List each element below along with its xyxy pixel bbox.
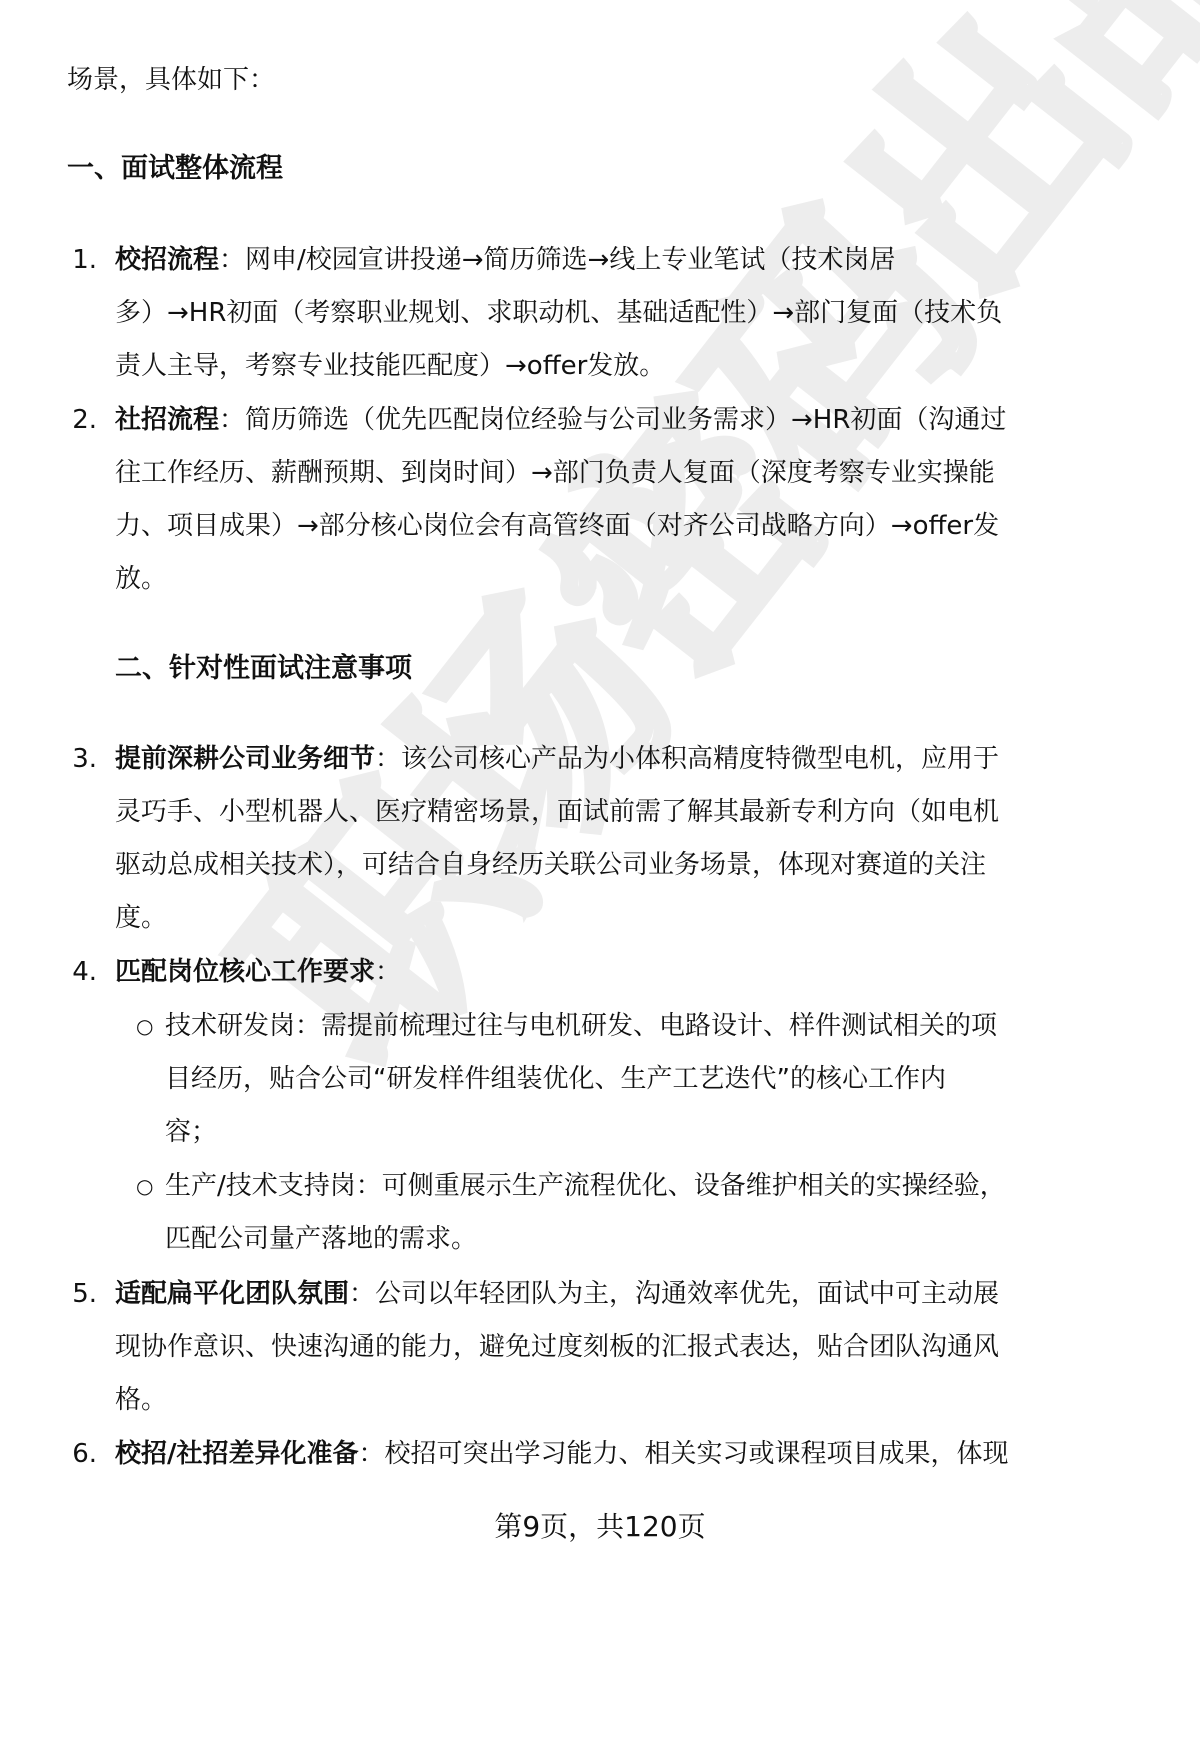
- list-item-line: 责人主导，考察专业技能匹配度）→offer发放。: [115, 349, 665, 383]
- list-number: 1.: [67, 243, 97, 277]
- hollow-circle-bullet-icon: ○: [136, 1169, 153, 1203]
- list-item-label: 校招流程: [115, 245, 219, 275]
- list-item-text: ：: [375, 957, 401, 987]
- list-item-label: 提前深耕公司业务细节: [115, 744, 375, 774]
- watermark: 职场密码出品: [150, 0, 1200, 1122]
- list-number: 4.: [67, 955, 97, 989]
- list-item-text: ：简历筛选（优先匹配岗位经验与公司业务需求）→HR初面（沟通过: [219, 405, 1006, 435]
- document-page: 职场密码出品 场景，具体如下： 一、面试整体流程 1. 校招流程：网申/校园宣讲…: [0, 0, 1200, 1755]
- list-item-text: ：公司以年轻团队为主，沟通效率优先，面试中可主动展: [349, 1279, 999, 1309]
- list-number: 3.: [67, 742, 97, 776]
- list-item-line: 度。: [115, 901, 167, 935]
- list-item-text: ：网申/校园宣讲投递→简历筛选→线上专业笔试（技术岗居: [219, 245, 895, 275]
- list-item-line: 格。: [115, 1383, 167, 1417]
- list-item-line: 适配扁平化团队氛围：公司以年轻团队为主，沟通效率优先，面试中可主动展: [115, 1277, 999, 1311]
- list-item-text: ：该公司核心产品为小体积高精度特微型电机，应用于: [375, 744, 999, 774]
- list-item-line: 校招流程：网申/校园宣讲投递→简历筛选→线上专业笔试（技术岗居: [115, 243, 895, 277]
- list-number: 5.: [67, 1277, 97, 1311]
- list-item-line: 提前深耕公司业务细节：该公司核心产品为小体积高精度特微型电机，应用于: [115, 742, 999, 776]
- list-item-label: 匹配岗位核心工作要求: [115, 957, 375, 987]
- list-item-line: 往工作经历、薪酬预期、到岗时间）→部门负责人复面（深度考察专业实操能: [115, 456, 995, 490]
- list-number: 2.: [67, 403, 97, 437]
- section-heading-2: 二、针对性面试注意事项: [115, 652, 412, 686]
- sub-item-line: 匹配公司量产落地的需求。: [165, 1222, 477, 1256]
- sub-item-line: 技术研发岗：需提前梳理过往与电机研发、电路设计、样件测试相关的项: [165, 1009, 997, 1043]
- sub-item-line: 容；: [165, 1115, 217, 1149]
- list-item-line: 放。: [115, 562, 167, 596]
- list-item-line: 现协作意识、快速沟通的能力，避免过度刻板的汇报式表达，贴合团队沟通风: [115, 1330, 999, 1364]
- page-number-footer: 第9页，共120页: [0, 1509, 1200, 1545]
- sub-item-line: 生产/技术支持岗：可侧重展示生产流程优化、设备维护相关的实操经验，: [165, 1169, 1006, 1203]
- hollow-circle-bullet-icon: ○: [136, 1009, 153, 1043]
- list-item-label: 校招/社招差异化准备: [115, 1439, 359, 1469]
- list-item-line: 驱动总成相关技术），可结合自身经历关联公司业务场景，体现对赛道的关注: [115, 848, 986, 882]
- list-item-line: 匹配岗位核心工作要求：: [115, 955, 401, 989]
- list-item-label: 社招流程: [115, 405, 219, 435]
- list-item-text: ：校招可突出学习能力、相关实习或课程项目成果，体现: [359, 1439, 1009, 1469]
- intro-text: 场景，具体如下：: [67, 63, 275, 97]
- list-item-line: 多）→HR初面（考察职业规划、求职动机、基础适配性）→部门复面（技术负: [115, 296, 1002, 330]
- list-number: 6.: [67, 1437, 97, 1471]
- list-item-line: 社招流程：简历筛选（优先匹配岗位经验与公司业务需求）→HR初面（沟通过: [115, 403, 1006, 437]
- list-item-line: 灵巧手、小型机器人、医疗精密场景，面试前需了解其最新专利方向（如电机: [115, 795, 999, 829]
- section-heading-1: 一、面试整体流程: [67, 152, 283, 186]
- list-item-line: 力、项目成果）→部分核心岗位会有高管终面（对齐公司战略方向）→offer发: [115, 509, 999, 543]
- sub-item-line: 目经历，贴合公司“研发样件组装优化、生产工艺迭代”的核心工作内: [165, 1062, 946, 1096]
- list-item-line: 校招/社招差异化准备：校招可突出学习能力、相关实习或课程项目成果，体现: [115, 1437, 1009, 1471]
- list-item-label: 适配扁平化团队氛围: [115, 1279, 349, 1309]
